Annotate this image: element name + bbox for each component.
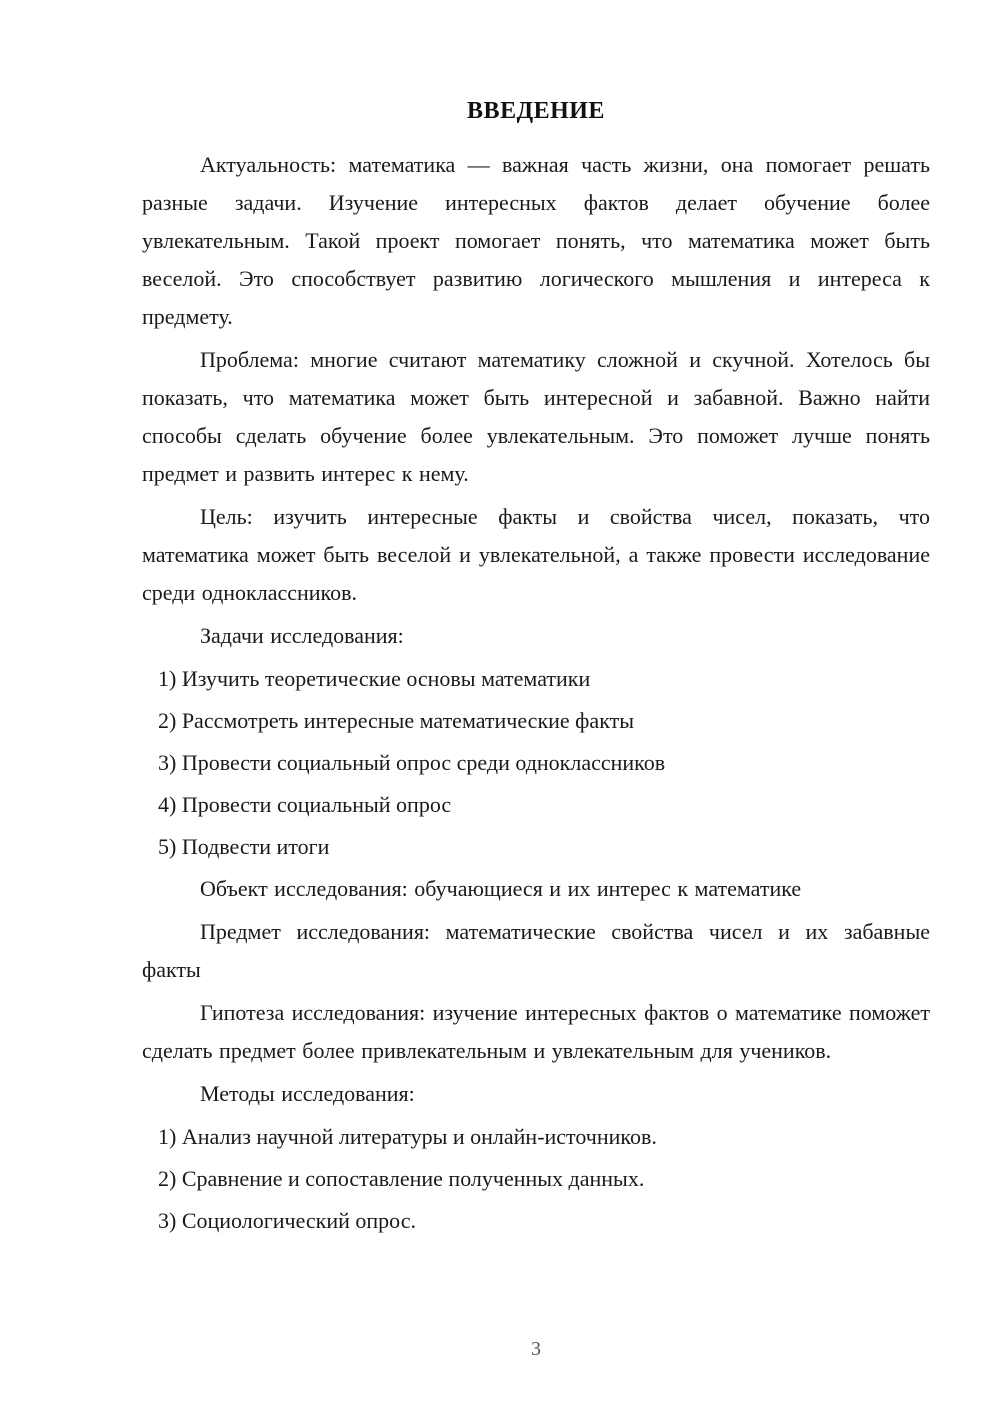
document-content: ВВЕДЕНИЕ Актуальность: математика — важн…: [142, 96, 930, 1244]
paragraph-zadachi-heading: Задачи исследования:: [142, 617, 930, 655]
page-number: 3: [142, 1336, 930, 1362]
paragraph-metody-heading: Методы исследования:: [142, 1075, 930, 1113]
list-item: 4) Провести социальный опрос: [142, 786, 930, 824]
list-item: 5) Подвести итоги: [142, 828, 930, 866]
list-item: 2) Рассмотреть интересные математические…: [142, 702, 930, 740]
document-page: ВВЕДЕНИЕ Актуальность: математика — важн…: [0, 0, 1000, 1414]
list-item: 1) Анализ научной литературы и онлайн-ис…: [142, 1118, 930, 1156]
paragraph-predmet: Предмет исследования: математические сво…: [142, 913, 930, 989]
paragraph-tsel: Цель: изучить интересные факты и свойств…: [142, 498, 930, 612]
list-item: 1) Изучить теоретические основы математи…: [142, 660, 930, 698]
paragraph-problema: Проблема: многие считают математику слож…: [142, 341, 930, 493]
list-item: 3) Социологический опрос.: [142, 1202, 930, 1240]
list-item: 2) Сравнение и сопоставление полученных …: [142, 1160, 930, 1198]
paragraph-aktualnost: Актуальность: математика — важная часть …: [142, 146, 930, 336]
paragraph-obekt: Объект исследования: обучающиеся и их ин…: [142, 870, 930, 908]
list-item: 3) Провести социальный опрос среди однок…: [142, 744, 930, 782]
paragraph-gipoteza: Гипотеза исследования: изучение интересн…: [142, 994, 930, 1070]
page-title: ВВЕДЕНИЕ: [142, 96, 930, 126]
